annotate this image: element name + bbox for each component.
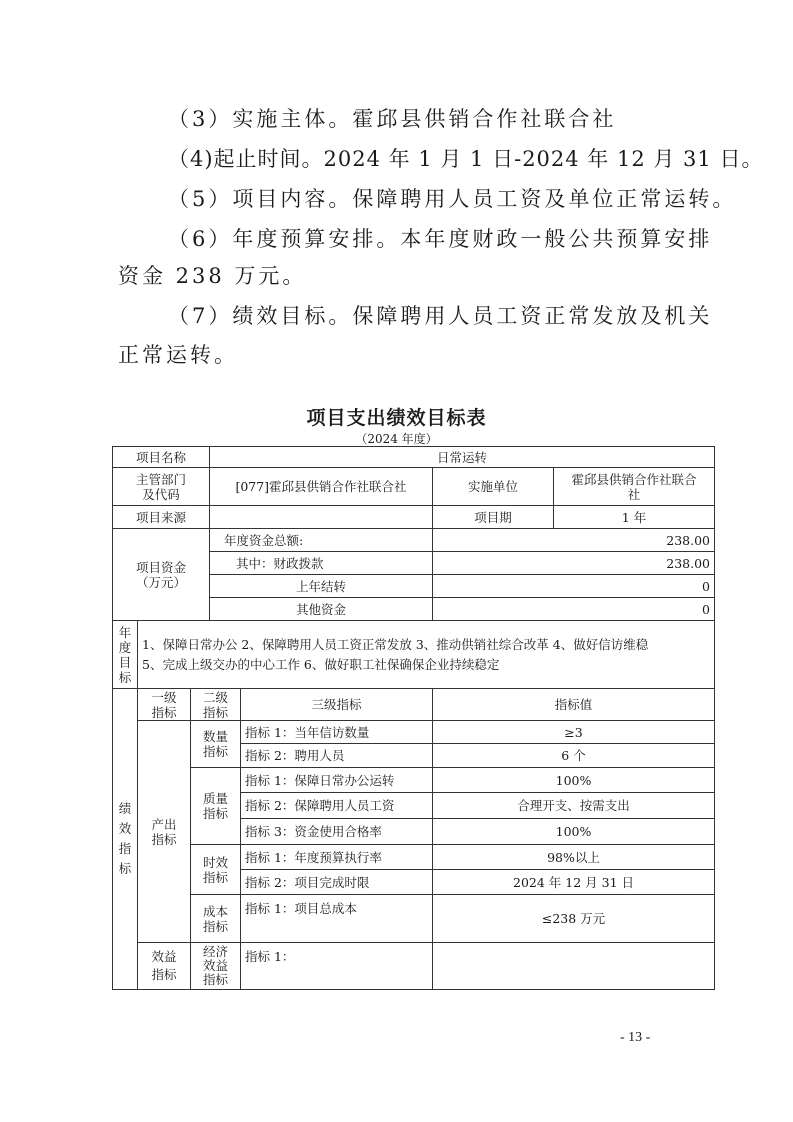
output-indicator-label: 产出指标	[138, 721, 191, 943]
economic-indicator-label: 经济效益指标	[191, 943, 241, 990]
indicator-value: 2024 年 12 月 31 日	[433, 870, 715, 895]
indicator-name: 指标 2：保障聘用人员工资	[241, 793, 433, 819]
indicator-name: 指标 3：资金使用合格率	[241, 819, 433, 845]
annual-goal-text: 1、保障日常办公 2、保障聘用人员工资正常发放 3、推动供销社综合改革 4、做好…	[138, 621, 715, 689]
benefit-indicator-label: 效益指标	[138, 943, 191, 990]
indicator-name: 指标 1：	[241, 943, 433, 990]
quantity-indicator-label: 数量指标	[191, 721, 241, 768]
quality-indicator-label: 质量指标	[191, 768, 241, 845]
page-number: - 13 -	[620, 1030, 650, 1046]
funds-row-label: 其他资金	[210, 598, 433, 621]
period-label: 项目期	[433, 506, 554, 529]
indicator-value: ≤238 万元	[433, 895, 715, 943]
indicator-name: 指标 1：当年信访数量	[241, 721, 433, 744]
paragraph-budget: （6）年度预算安排。本年度财政一般公共预算安排	[168, 225, 712, 253]
paragraph-content: （5）项目内容。保障聘用人员工资及单位正常运转。	[168, 185, 736, 213]
funds-row-label: 年度资金总额:	[210, 529, 433, 552]
paragraph-period: （4)起止时间。2024 年 1 月 1 日-2024 年 12 月 31 日。	[168, 145, 763, 173]
dept-value: [077]霍邱县供销合作社联合社	[210, 468, 433, 506]
paragraph-goal: （7）绩效目标。保障聘用人员工资正常发放及机关	[168, 302, 712, 330]
indicator-value: 100%	[433, 819, 715, 845]
source-value	[210, 506, 433, 529]
indicator-value: 合理开支、按需支出	[433, 793, 715, 819]
period-value: 1 年	[554, 506, 715, 529]
project-name-value: 日常运转	[210, 447, 715, 468]
paragraph-implementer: （3）实施主体。霍邱县供销合作社联合社	[168, 105, 616, 133]
impl-label: 实施单位	[433, 468, 554, 506]
funds-label: 项目资金（万元）	[113, 529, 210, 621]
source-label: 项目来源	[113, 506, 210, 529]
indicator-value: 98%以上	[433, 845, 715, 870]
header-level3: 三级指标	[241, 689, 433, 721]
perf-indicator-label: 绩效指标	[113, 689, 138, 990]
funds-row-value: 238.00	[433, 529, 715, 552]
funds-row-label: 上年结转	[210, 575, 433, 598]
table-subtitle: （2024 年度）	[0, 430, 793, 447]
indicator-value: 6 个	[433, 744, 715, 768]
header-value: 指标值	[433, 689, 715, 721]
dept-label: 主管部门及代码	[113, 468, 210, 506]
header-level2: 二级指标	[191, 689, 241, 721]
paragraph-goal-cont: 正常运转。	[118, 341, 238, 369]
annual-goal-label: 年度目标	[113, 621, 138, 689]
impl-value: 霍邱县供销合作社联合社	[554, 468, 715, 506]
indicator-name: 指标 2：聘用人员	[241, 744, 433, 768]
funds-row-value: 0	[433, 598, 715, 621]
funds-row-value: 238.00	[433, 552, 715, 575]
indicator-name: 指标 1：年度预算执行率	[241, 845, 433, 870]
funds-row-value: 0	[433, 575, 715, 598]
indicator-name: 指标 2：项目完成时限	[241, 870, 433, 895]
indicator-value: 100%	[433, 768, 715, 793]
funds-row-label: 其中：财政拨款	[210, 552, 433, 575]
header-level1: 一级指标	[138, 689, 191, 721]
time-indicator-label: 时效指标	[191, 845, 241, 895]
indicator-name: 指标 1：项目总成本	[241, 895, 433, 943]
project-name-label: 项目名称	[113, 447, 210, 468]
indicator-value: ≥3	[433, 721, 715, 744]
indicator-value	[433, 943, 715, 990]
indicator-name: 指标 1：保障日常办公运转	[241, 768, 433, 793]
table-title: 项目支出绩效目标表	[0, 403, 793, 430]
cost-indicator-label: 成本指标	[191, 895, 241, 943]
paragraph-budget-cont: 资金 238 万元。	[118, 262, 306, 290]
performance-target-table: 项目名称 日常运转 主管部门及代码 [077]霍邱县供销合作社联合社 实施单位 …	[112, 446, 715, 990]
